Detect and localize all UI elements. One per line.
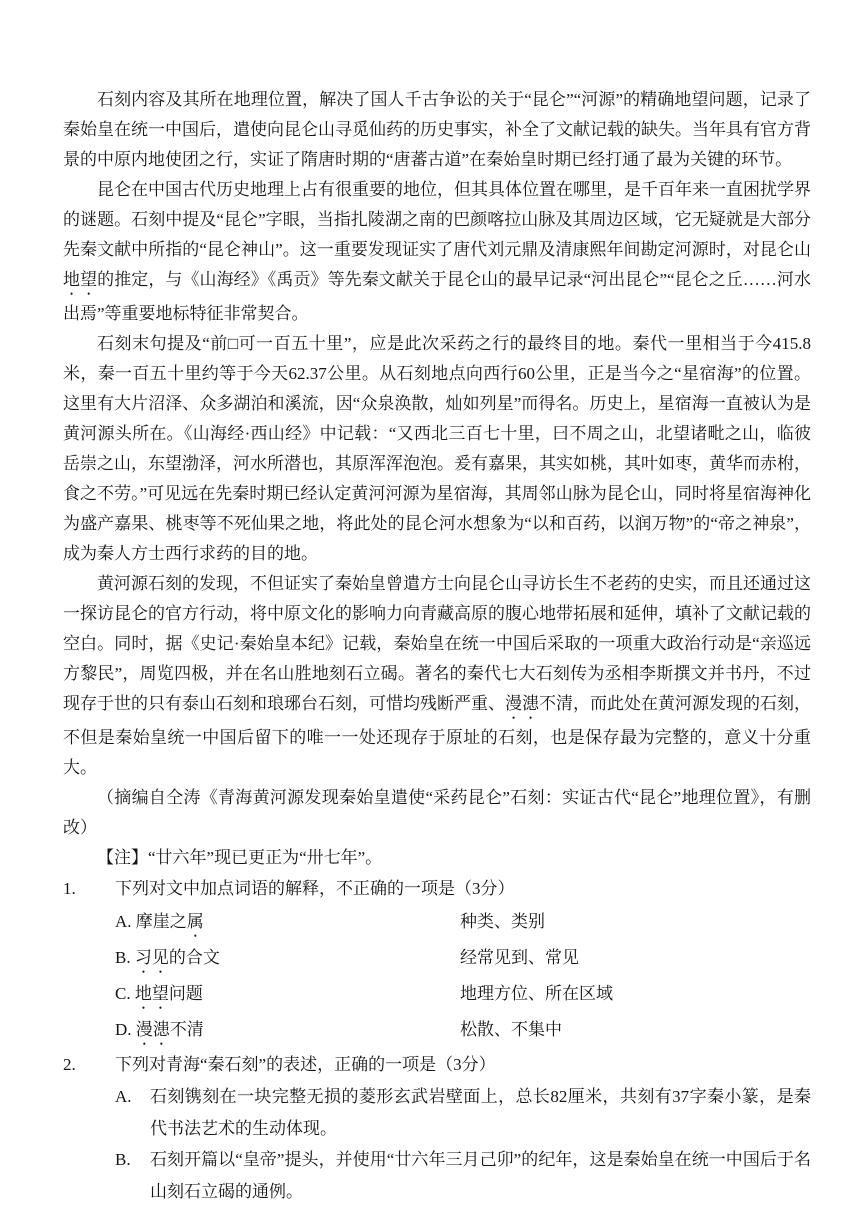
option-text: 石刻镌刻在一块完整无损的菱形玄武岩壁面上，总长82厘米，共刻有37字秦小篆，是秦…: [150, 1081, 811, 1144]
text-run: 摩崖之: [136, 912, 187, 931]
option-label: B.: [115, 1144, 150, 1207]
option-meaning: 经常见到、常见: [460, 941, 811, 977]
emphasized-word: 属: [187, 912, 204, 931]
passage-note: 【注】“廿六年”现已更正为“卅七年”。: [63, 843, 811, 873]
passage-body: 石刻内容及其所在地理位置，解决了国人千古争讼的关于“昆仑”“河源”的精确地望问题…: [63, 85, 811, 783]
option-label: A.: [115, 1081, 150, 1144]
question-1-head: 1. 下列对文中加点词语的解释，不正确的一项是（3分）: [63, 873, 811, 905]
emphasized-word: 漫漶: [136, 1020, 170, 1039]
text-run: 昆仑在中国古代历史地理上占有很重要的地位，但其具体位置在哪里，是千百年来一直困扰…: [63, 180, 811, 259]
question-number: 2.: [63, 1049, 115, 1081]
option-meaning: 松散、不集中: [460, 1013, 811, 1049]
question-1: 1. 下列对文中加点词语的解释，不正确的一项是（3分） A. 摩崖之属种类、类别…: [63, 873, 811, 1049]
text-run: 石刻内容及其所在地理位置，解决了国人千古争讼的关于“昆仑”“河源”的精确地望问题…: [63, 90, 811, 169]
question-1-options: A. 摩崖之属种类、类别B. 习见的合文经常见到、常见C. 地望问题地理方位、所…: [115, 905, 811, 1049]
option-label: B.: [115, 948, 135, 967]
option-label: D.: [115, 1020, 136, 1039]
option-meaning: 地理方位、所在区域: [460, 977, 811, 1013]
text-run: 的推定，与《山海经》《禹贡》等先秦文献关于昆仑山的最早记录“河出昆仑”“昆仑之丘…: [63, 270, 811, 323]
option-label: A.: [115, 912, 136, 931]
question-2-head: 2. 下列对青海“秦石刻”的表述，正确的一项是（3分）: [63, 1049, 811, 1081]
question-number: 1.: [63, 873, 115, 905]
question-2-options: A.石刻镌刻在一块完整无损的菱形玄武岩壁面上，总长82厘米，共刻有37字秦小篆，…: [115, 1081, 811, 1207]
emphasized-word: 地望: [135, 984, 169, 1003]
option-term: A. 摩崖之属: [115, 905, 460, 941]
text-run: 黄河源石刻的发现，不但证实了秦始皇曾遣方士向昆仑山寻访长生不老药的史实，而且还通…: [63, 574, 811, 713]
option-text: 石刻开篇以“皇帝”提头，并使用“廿六年三月己卯”的纪年，这是秦始皇在统一中国后于…: [150, 1144, 811, 1207]
question-option: D. 漫漶不清松散、不集中: [115, 1013, 811, 1049]
question-stem: 下列对文中加点词语的解释，不正确的一项是（3分）: [115, 873, 811, 905]
exam-page: 石刻内容及其所在地理位置，解决了国人千古争讼的关于“昆仑”“河源”的精确地望问题…: [0, 0, 867, 1226]
question-option: B. 习见的合文经常见到、常见: [115, 941, 811, 977]
option-label: C.: [115, 984, 135, 1003]
option-term: C. 地望问题: [115, 977, 460, 1013]
question-option: A. 摩崖之属种类、类别: [115, 905, 811, 941]
passage-paragraph: 石刻内容及其所在地理位置，解决了国人千古争讼的关于“昆仑”“河源”的精确地望问题…: [63, 85, 811, 175]
text-run: 石刻末句提及“前□可一百五十里”，应是此次采药之行的最终目的地。秦代一里相当于今…: [63, 334, 811, 563]
question-stem: 下列对青海“秦石刻”的表述，正确的一项是（3分）: [115, 1049, 811, 1081]
option-meaning: 种类、类别: [460, 905, 811, 941]
text-run: 的合文: [169, 948, 220, 967]
emphasized-word: 漫漶: [505, 694, 539, 713]
option-term: B. 习见的合文: [115, 941, 460, 977]
emphasized-word: 习见: [135, 948, 169, 967]
question-option: C. 地望问题地理方位、所在区域: [115, 977, 811, 1013]
text-run: 不清: [170, 1020, 204, 1039]
question-option: A.石刻镌刻在一块完整无损的菱形玄武岩壁面上，总长82厘米，共刻有37字秦小篆，…: [115, 1081, 811, 1144]
text-run: 问题: [169, 984, 203, 1003]
passage-paragraph: 黄河源石刻的发现，不但证实了秦始皇曾遣方士向昆仑山寻访长生不老药的史实，而且还通…: [63, 569, 811, 783]
passage-paragraph: 石刻末句提及“前□可一百五十里”，应是此次采药之行的最终目的地。秦代一里相当于今…: [63, 329, 811, 569]
passage-paragraph: 昆仑在中国古代历史地理上占有很重要的地位，但其具体位置在哪里，是千百年来一直困扰…: [63, 175, 811, 329]
option-term: D. 漫漶不清: [115, 1013, 460, 1049]
question-2: 2. 下列对青海“秦石刻”的表述，正确的一项是（3分） A.石刻镌刻在一块完整无…: [63, 1049, 811, 1207]
passage-source: （摘编自仝涛《青海黄河源发现秦始皇遣使“采药昆仑”石刻：实证古代“昆仑”地理位置…: [63, 783, 811, 843]
emphasized-word: 地望: [63, 270, 97, 289]
question-option: B.石刻开篇以“皇帝”提头，并使用“廿六年三月己卯”的纪年，这是秦始皇在统一中国…: [115, 1144, 811, 1207]
